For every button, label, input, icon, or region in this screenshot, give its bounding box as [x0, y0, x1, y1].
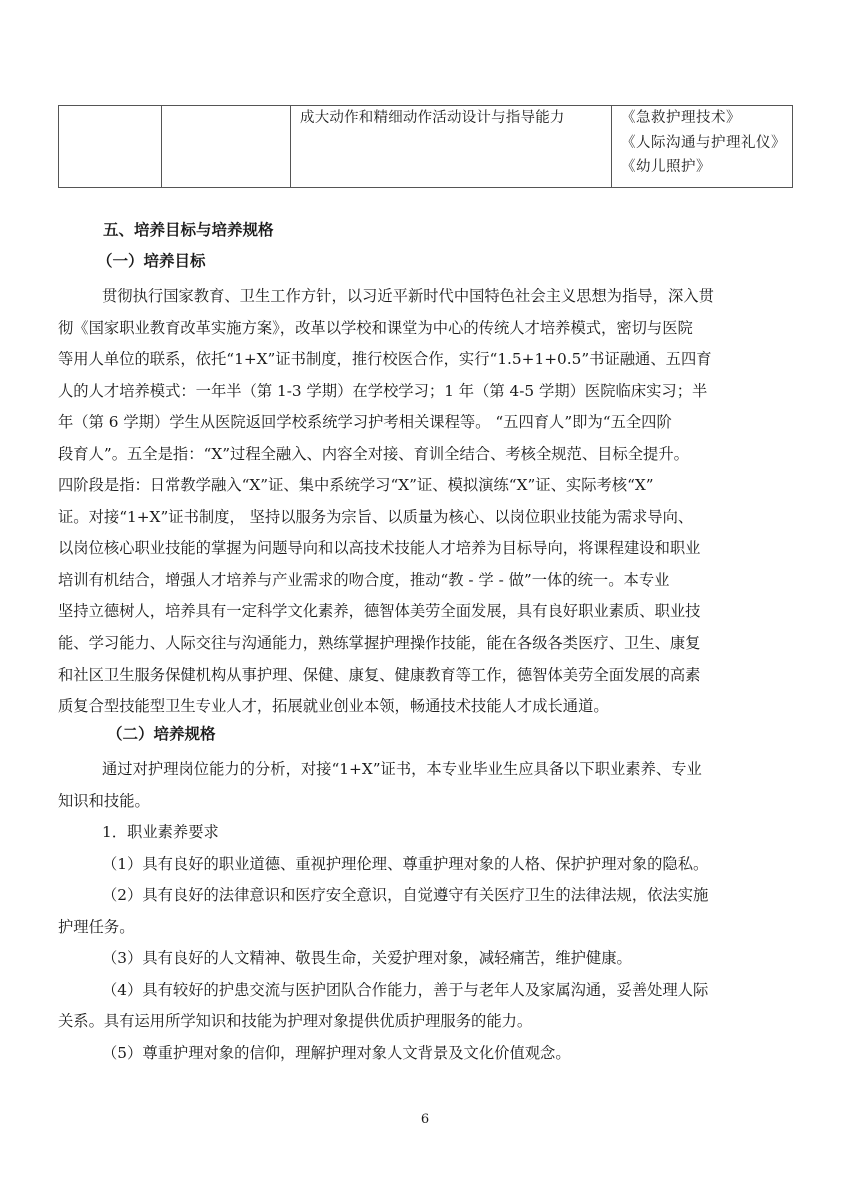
list-heading: 1．职业素养要求 — [58, 817, 788, 849]
paragraph-line: 培训有机结合，增强人才培养与产业需求的吻合度，推动“教 - 学 - 做”一体的统… — [58, 565, 788, 597]
goals-paragraph: 贯彻执行国家教育、卫生工作方针，以习近平新时代中国特色社会主义思想为指导，深入贯… — [58, 281, 788, 723]
course-name: 《急救护理技术》 — [621, 106, 792, 131]
course-name: 《幼儿照护》 — [621, 155, 792, 180]
table-cell-empty-1 — [59, 106, 162, 188]
list-item: （1）具有良好的职业道德、重视护理伦理、尊重护理对象的人格、保护护理对象的隐私。 — [58, 849, 788, 881]
paragraph-line: 证。对接“1+X”证书制度， 坚持以服务为宗旨、以质量为核心、以岗位职业技能为需… — [58, 502, 788, 534]
table-cell-ability: 成大动作和精细动作活动设计与指导能力 — [291, 106, 612, 188]
paragraph-line: 以岗位核心职业技能的掌握为问题导向和以高技术技能人才培养为目标导向，将课程建设和… — [58, 533, 788, 565]
paragraph-line: 和社区卫生服务保健机构从事护理、保健、康复、健康教育等工作，德智体美劳全面发展的… — [58, 660, 788, 692]
page-number: 6 — [0, 1112, 850, 1127]
table-cell-empty-2 — [162, 106, 291, 188]
subsection-heading-goals: （一）培养目标 — [97, 249, 206, 271]
course-name: 《人际沟通与护理礼仪》 — [621, 131, 792, 156]
paragraph-line: 贯彻执行国家教育、卫生工作方针，以习近平新时代中国特色社会主义思想为指导，深入贯 — [58, 281, 788, 313]
paragraph-line: 年（第 6 学期）学生从医院返回学校系统学习护考相关课程等。 “五四育人”即为“… — [58, 407, 788, 439]
paragraph-line: 坚持立德树人，培养具有一定科学文化素养，德智体美劳全面发展，具有良好职业素质、职… — [58, 596, 788, 628]
paragraph-line: 人的人才培养模式：一年半（第 1-3 学期）在学校学习；1 年（第 4-5 学期… — [58, 376, 788, 408]
paragraph-line: 彻《国家职业教育改革实施方案》，改革以学校和课堂为中心的传统人才培养模式，密切与… — [58, 313, 788, 345]
paragraph-line: 质复合型技能型卫生专业人才，拓展就业创业本领，畅通技术技能人才成长通道。 — [58, 691, 788, 723]
specs-intro-paragraph: 通过对护理岗位能力的分析，对接“1+X”证书，本专业毕业生应具备以下职业素养、专… — [58, 754, 788, 817]
list-item: （2）具有良好的法律意识和医疗安全意识，自觉遵守有关医疗卫生的法律法规，依法实施 — [58, 880, 788, 912]
paragraph-line: 四阶段是指：日常教学融入“X”证、集中系统学习“X”证、模拟演练“X”证、实际考… — [58, 470, 788, 502]
paragraph-line: 段育人”。五全是指：“X”过程全融入、内容全对接、育训全结合、考核全规范、目标全… — [58, 439, 788, 471]
paragraph-line: 等用人单位的联系，依托“1+X”证书制度，推行校医合作，实行“1.5+1+0.5… — [58, 344, 788, 376]
paragraph-line: 知识和技能。 — [58, 786, 788, 818]
curriculum-table-fragment: 成大动作和精细动作活动设计与指导能力 《急救护理技术》 《人际沟通与护理礼仪》 … — [58, 105, 793, 188]
list-item: （5）尊重护理对象的信仰，理解护理对象人文背景及文化价值观念。 — [58, 1038, 788, 1070]
table-cell-courses: 《急救护理技术》 《人际沟通与护理礼仪》 《幼儿照护》 — [612, 106, 793, 188]
paragraph-line: 通过对护理岗位能力的分析，对接“1+X”证书，本专业毕业生应具备以下职业素养、专… — [58, 754, 788, 786]
section-heading: 五、培养目标与培养规格 — [103, 218, 274, 240]
list-item-continuation: 护理任务。 — [58, 912, 788, 944]
paragraph-line: 能、学习能力、人际交往与沟通能力，熟练掌握护理操作技能，能在各级各类医疗、卫生、… — [58, 628, 788, 660]
list-item-continuation: 关系。具有运用所学知识和技能为护理对象提供优质护理服务的能力。 — [58, 1006, 788, 1038]
list-item: （3）具有良好的人文精神、敬畏生命，关爱护理对象，减轻痛苦，维护健康。 — [58, 943, 788, 975]
professional-quality-list: 1．职业素养要求 （1）具有良好的职业道德、重视护理伦理、尊重护理对象的人格、保… — [58, 817, 788, 1069]
table-row: 成大动作和精细动作活动设计与指导能力 《急救护理技术》 《人际沟通与护理礼仪》 … — [59, 106, 793, 188]
subsection-heading-specs: （二）培养规格 — [107, 722, 216, 744]
document-page: 成大动作和精细动作活动设计与指导能力 《急救护理技术》 《人际沟通与护理礼仪》 … — [0, 0, 850, 1202]
list-item: （4）具有较好的护患交流与医护团队合作能力，善于与老年人及家属沟通，妥善处理人际 — [58, 975, 788, 1007]
